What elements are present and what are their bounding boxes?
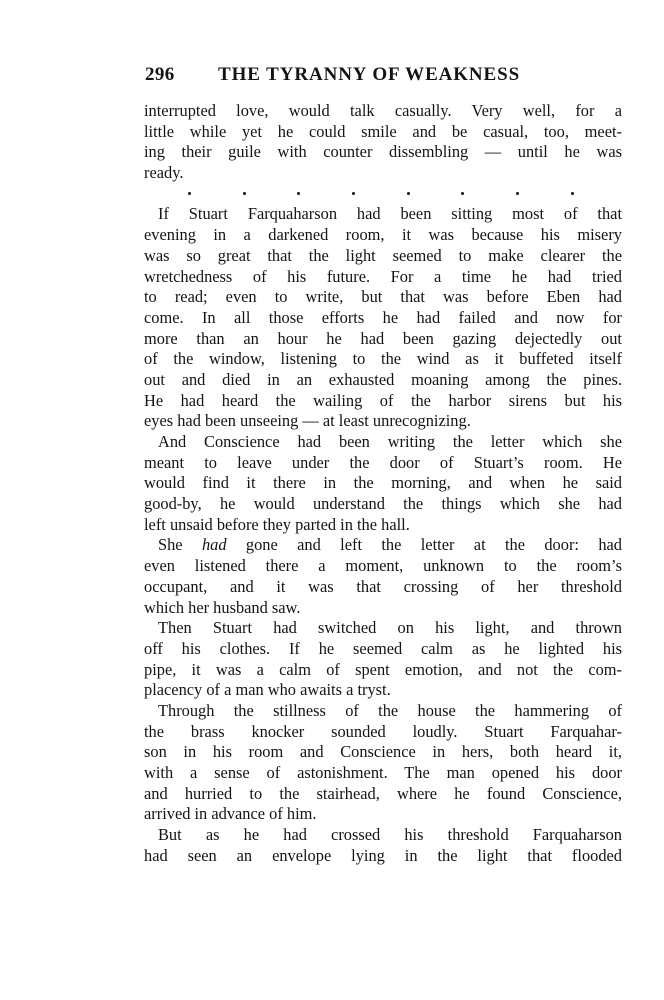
- text-line: He had heard the wailing of the harbor s…: [144, 391, 622, 412]
- text-line: If Stuart Farquaharson had been sitting …: [144, 204, 622, 225]
- paragraph: She had gone and left the letter at the …: [144, 535, 622, 618]
- section-break: [144, 184, 622, 205]
- text-line: the brass knocker sounded loudly. Stuart…: [144, 722, 622, 743]
- text-line: with a sense of astonishment. The man op…: [144, 763, 622, 784]
- text-line: left unsaid before they parted in the ha…: [144, 515, 622, 536]
- text-line: meant to leave under the door of Stuart’…: [144, 453, 622, 474]
- text-line: arrived in advance of him.: [144, 804, 622, 825]
- text-line: would find it there in the morning, and …: [144, 473, 622, 494]
- text-line: which her husband saw.: [144, 598, 622, 619]
- section-break-dot-icon: [516, 192, 519, 195]
- book-page: 296 THE TYRANNY OF WEAKNESS interrupted …: [0, 0, 664, 1000]
- paragraph: Then Stuart had switched on his light, a…: [144, 618, 622, 701]
- emphasis-text: had: [202, 535, 227, 554]
- section-break-dot-icon: [243, 192, 246, 195]
- text-line: of the window, listening to the wind as …: [144, 349, 622, 370]
- text-line: ready.: [144, 163, 622, 184]
- text-run: She: [158, 535, 202, 554]
- page-body: interrupted love, would talk casually. V…: [144, 101, 622, 866]
- page-number: 296: [145, 64, 175, 86]
- text-line: little while yet he could smile and be c…: [144, 122, 622, 143]
- text-line: come. In all those efforts he had failed…: [144, 308, 622, 329]
- text-line: was so great that the light seemed to ma…: [144, 246, 622, 267]
- text-line: occupant, and it was that crossing of he…: [144, 577, 622, 598]
- text-line: son in his room and Conscience in hers, …: [144, 742, 622, 763]
- text-line: interrupted love, would talk casually. V…: [144, 101, 622, 122]
- running-title: THE TYRANNY OF WEAKNESS: [218, 64, 520, 86]
- section-break-dot-icon: [188, 192, 191, 195]
- section-break-dot-icon: [407, 192, 410, 195]
- section-break-dot-icon: [571, 192, 574, 195]
- text-line: and hurried to the stairhead, where he f…: [144, 784, 622, 805]
- text-line: even listened there a moment, unknown to…: [144, 556, 622, 577]
- text-line: had seen an envelope lying in the light …: [144, 846, 622, 867]
- text-line: eyes had been unseeing — at least unreco…: [144, 411, 622, 432]
- text-line: Then Stuart had switched on his light, a…: [144, 618, 622, 639]
- section-break-dot-icon: [461, 192, 464, 195]
- text-line: But as he had crossed his threshold Farq…: [144, 825, 622, 846]
- text-line: ing their guile with counter dissembling…: [144, 142, 622, 163]
- section-break-dot-icon: [352, 192, 355, 195]
- text-line: evening in a darkened room, it was becau…: [144, 225, 622, 246]
- paragraph: Through the stillness of the house the h…: [144, 701, 622, 825]
- text-line: off his clothes. If he seemed calm as he…: [144, 639, 622, 660]
- paragraph: But as he had crossed his threshold Farq…: [144, 825, 622, 866]
- text-line: more than an hour he had been gazing dej…: [144, 329, 622, 350]
- text-line: good-by, he would understand the things …: [144, 494, 622, 515]
- text-line: to read; even to write, but that was bef…: [144, 287, 622, 308]
- text-run: gone and left the letter at the door: ha…: [227, 535, 622, 554]
- continued-paragraph: interrupted love, would talk casually. V…: [144, 101, 622, 184]
- text-line: And Conscience had been writing the lett…: [144, 432, 622, 453]
- text-line: placency of a man who awaits a tryst.: [144, 680, 622, 701]
- text-line: She had gone and left the letter at the …: [144, 535, 622, 556]
- text-line: wretchedness of his future. For a time h…: [144, 267, 622, 288]
- section-break-dot-icon: [297, 192, 300, 195]
- running-header: 296 THE TYRANNY OF WEAKNESS: [145, 64, 625, 88]
- paragraph: And Conscience had been writing the lett…: [144, 432, 622, 535]
- text-line: Through the stillness of the house the h…: [144, 701, 622, 722]
- text-line: pipe, it was a calm of spent emotion, an…: [144, 660, 622, 681]
- paragraph: If Stuart Farquaharson had been sitting …: [144, 204, 622, 432]
- text-line: out and died in an exhausted moaning amo…: [144, 370, 622, 391]
